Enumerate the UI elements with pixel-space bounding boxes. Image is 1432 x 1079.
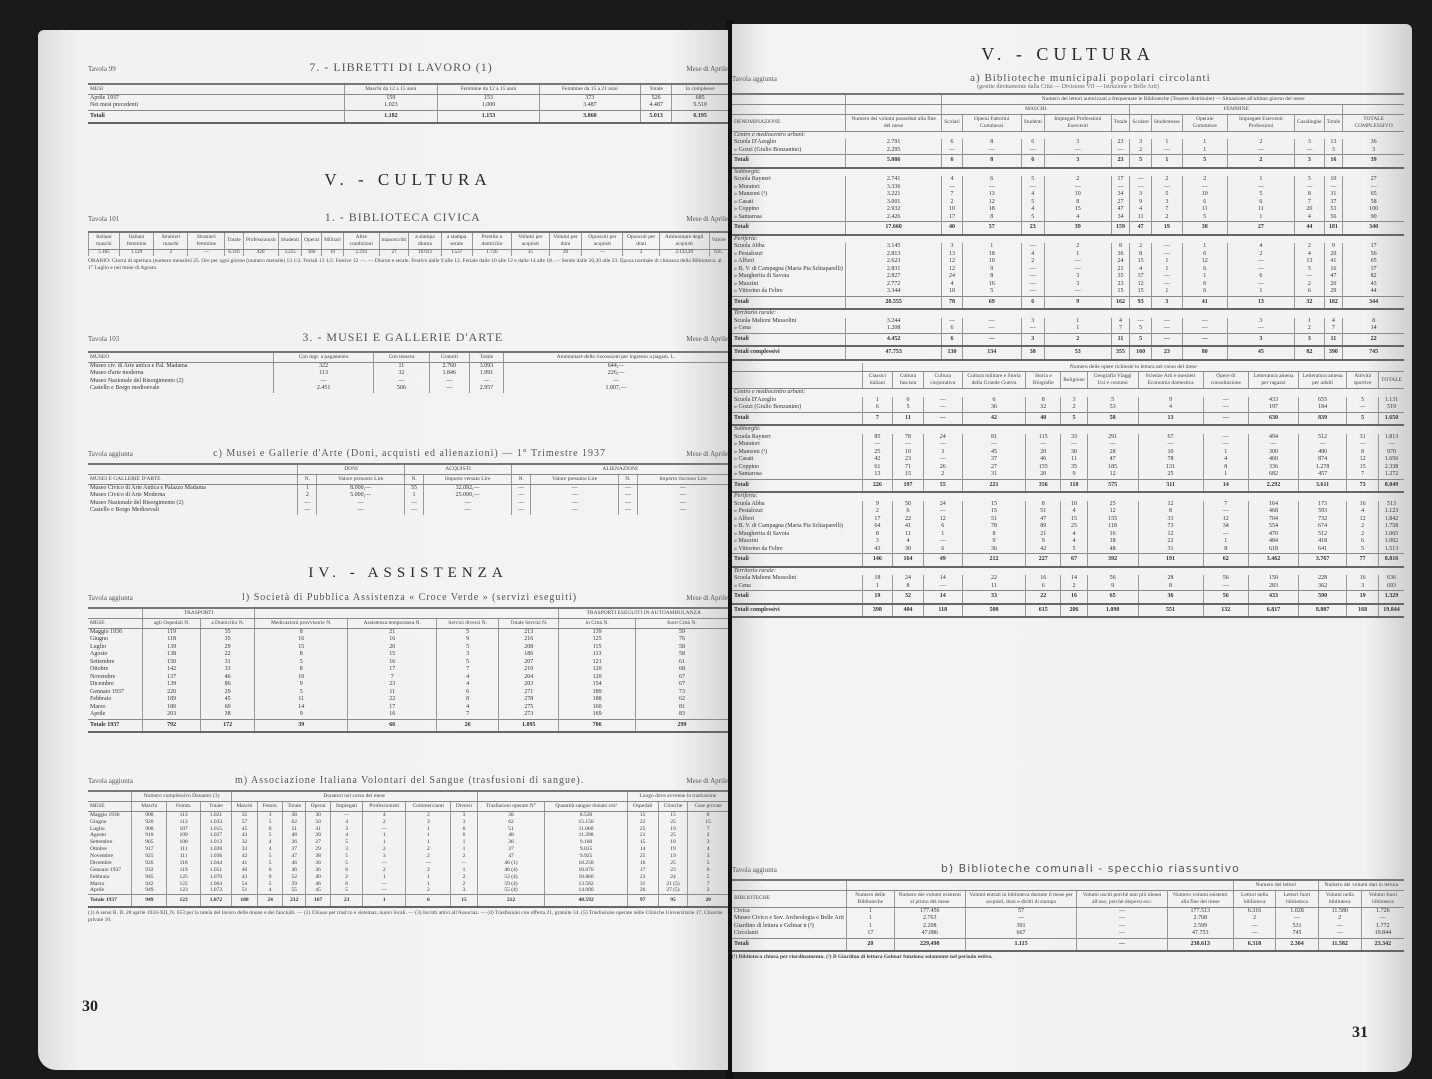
- table-cell: Circolanti: [732, 930, 846, 938]
- table-cell: —: [1061, 441, 1087, 449]
- table-cell: 392: [1087, 554, 1138, 567]
- table-cell: 9: [1130, 199, 1152, 207]
- table-cell: —: [1318, 923, 1361, 931]
- table-cell: 11: [1061, 456, 1087, 464]
- table-cell: Museo Civico di Arte Antica e Palazzo Ma…: [88, 484, 298, 492]
- table-subtitle: (gestite direttamente dalla Città — Divi…: [732, 84, 1404, 90]
- table-cell: Aprile: [88, 887, 132, 894]
- col-header: Volumi per acquisti: [512, 232, 550, 249]
- table-cell: 1.028: [201, 846, 232, 853]
- table-cell: » Coppino: [732, 206, 845, 214]
- table-cell: 5.013: [641, 110, 672, 123]
- table-cell: —: [1203, 404, 1249, 412]
- col-header: Volumi entrati in biblioteca durante il …: [965, 890, 1077, 907]
- table-row: Dicembre9261181.04441546365———46 (1)10.2…: [88, 860, 728, 867]
- table-cell: 31: [201, 659, 255, 667]
- table-cell: 1: [862, 583, 893, 591]
- table-cell: 945: [132, 874, 167, 881]
- table-cell: 121: [559, 659, 635, 667]
- table-cell: —: [618, 507, 637, 515]
- table-cell: 47: [1087, 456, 1138, 464]
- col-header: Lettori nella biblioteca: [1233, 890, 1275, 907]
- table-cell: 3: [688, 853, 728, 860]
- table-cell: 3: [437, 651, 499, 659]
- table-cell: 31: [1138, 546, 1203, 554]
- table-cell: 4: [1130, 266, 1152, 274]
- table-cell: 6: [1021, 155, 1044, 168]
- table-cell: 21: [348, 628, 437, 636]
- table-cell: 26: [923, 464, 962, 472]
- table-cell: 42: [1026, 546, 1061, 554]
- table-cell: 204: [499, 674, 559, 682]
- table-cell: —: [1324, 184, 1343, 192]
- table-cell: 3: [942, 243, 963, 251]
- table-cell: 8: [255, 628, 348, 636]
- table-libretti-lavoro: Tavola 997. - LIBRETTI DI LAVORO (1)Mese…: [88, 60, 728, 124]
- table-cell: —: [1077, 938, 1167, 951]
- table-cell: 83: [635, 711, 728, 719]
- col-header: Opere di consultazione: [1203, 372, 1249, 389]
- table-cell: 48: [283, 832, 306, 839]
- table-title: 7. - LIBRETTI DI LAVORO (1): [116, 60, 687, 75]
- table-cell: 16: [1324, 155, 1343, 168]
- table-cell: 3: [363, 853, 406, 860]
- group-label: Sobborghi:: [732, 168, 1404, 177]
- table-cell: 1.842: [1379, 516, 1404, 524]
- table-cell: 155: [1026, 464, 1061, 472]
- table-cell: 55 (4): [477, 887, 545, 894]
- table-cell: 9.015: [545, 846, 627, 853]
- table-row: Giugno118351616921612576: [88, 636, 728, 644]
- table-cell: 51: [1026, 508, 1061, 516]
- table-cell: 203: [143, 711, 201, 719]
- table-cell: 3.487: [539, 102, 640, 110]
- table-cell: Totale 1937: [88, 895, 132, 907]
- table-cell: 4: [1295, 214, 1324, 222]
- table-cell: 65: [1343, 191, 1404, 199]
- table-cell: 6.817: [1249, 604, 1299, 618]
- table-cell: Civica: [732, 907, 846, 915]
- table-cell: 16: [255, 636, 348, 644]
- table-cell: 18: [962, 251, 1021, 259]
- table-cell: 93: [1130, 296, 1152, 309]
- table-cell: 61: [635, 659, 728, 667]
- table-cell: 172: [201, 719, 255, 732]
- table-cell: 519: [1379, 404, 1404, 412]
- table-cell: 13: [962, 191, 1021, 199]
- table-cell: 82: [1295, 346, 1324, 360]
- table-cell: 177.513: [1167, 907, 1233, 915]
- table-cell: Ottobre: [88, 666, 143, 674]
- table-cell: 356: [1026, 479, 1061, 492]
- table-cell: 18: [962, 206, 1021, 214]
- table-cell: 554: [1249, 523, 1299, 531]
- table-cell: 2.208: [894, 923, 965, 931]
- table-cell: 3: [1343, 147, 1404, 155]
- col-header: Altre condizioni: [343, 232, 379, 249]
- table-cell: 2.426: [845, 214, 941, 222]
- col-header: Totale: [225, 232, 244, 249]
- table-cell: 67: [1138, 434, 1203, 442]
- table-cell: 12: [942, 258, 963, 266]
- table-cell: 1.123: [1379, 508, 1404, 516]
- table-row: Maggio 19369081131.0213533830—423388.530…: [88, 811, 728, 818]
- table-cell: 4: [330, 819, 362, 826]
- table-cell: 283: [1249, 583, 1299, 591]
- table-musei-doni: Tavola aggiuntac) Musei e Gallerie d'Art…: [88, 448, 728, 515]
- table-cell: 20: [688, 895, 728, 907]
- table-cell: —: [1318, 930, 1361, 938]
- table-cell: 2: [688, 832, 728, 839]
- band-header: Numero delle opere richieste in lettura …: [862, 363, 1404, 372]
- col-header: Impiegate Esercenti Professioni: [1227, 114, 1294, 131]
- table-cell: 6: [1347, 538, 1379, 546]
- table-cell: 15.150: [545, 819, 627, 826]
- table-cell: 30: [1061, 449, 1087, 457]
- table-cell: —: [424, 500, 512, 508]
- table-cell: 11: [348, 689, 437, 697]
- table-cell: —: [1130, 318, 1152, 326]
- page-number: 31: [1352, 1024, 1368, 1042]
- table-cell: —: [923, 456, 962, 464]
- table-cell: 5: [1295, 176, 1324, 184]
- table-cell: 19: [658, 846, 688, 853]
- col-header: Studenti: [1021, 114, 1044, 131]
- table-cell: 12: [1087, 471, 1138, 479]
- table-cell: 113: [167, 819, 201, 826]
- col-header: In complesso: [672, 84, 728, 94]
- table-cell: —: [1151, 273, 1182, 281]
- table-cell: 53: [1044, 346, 1111, 360]
- table-cell: 90: [1343, 214, 1404, 222]
- table-cell: 5: [893, 404, 923, 412]
- table-cell: 62: [1203, 554, 1249, 567]
- table-cell: 3.093: [469, 362, 503, 370]
- table-cell: 230.613: [1167, 938, 1233, 951]
- grand-total-row: Totali complessivi47.7531301343853355160…: [732, 346, 1404, 360]
- table-cell: 4: [1021, 191, 1044, 199]
- table-cell: » Coppino: [732, 464, 862, 472]
- table-cell: 3: [862, 538, 893, 546]
- table-cell: 16: [627, 860, 658, 867]
- table-cell: —: [1203, 441, 1249, 449]
- table-cell: 732: [1298, 516, 1346, 524]
- col-header: Cultura militare e Storia della Grande G…: [962, 372, 1026, 389]
- table-cell: 8: [962, 273, 1021, 281]
- table-cell: 155: [1087, 516, 1138, 524]
- table-cell: 3.221: [845, 191, 941, 199]
- table-cell: 792: [143, 719, 201, 732]
- table-cell: —: [512, 484, 531, 492]
- table-cell: 62: [283, 819, 306, 826]
- table-cell: 8: [1026, 397, 1061, 405]
- table-cell: 508: [962, 604, 1026, 618]
- table-cell: 18: [658, 839, 688, 846]
- table-row: Museo d'arte moderna113321.8461.991226,—: [88, 370, 728, 378]
- table-cell: 22: [893, 516, 923, 524]
- col-header: Quantità sangue donato cm³: [545, 801, 627, 811]
- table-cell: 216: [499, 636, 559, 644]
- table-cell: 839: [1298, 412, 1346, 425]
- table-cell: 5: [258, 860, 283, 867]
- table-cell: 398: [862, 604, 893, 618]
- table-cell: 97: [627, 895, 658, 907]
- table-cell: 113: [167, 811, 201, 818]
- table-cell: 636: [1379, 575, 1404, 583]
- table-cell: 278: [499, 696, 559, 704]
- table-cell: 2.234: [343, 249, 379, 256]
- table-cell: 38: [1182, 222, 1227, 235]
- table-row: Scuola Abba95024158102512716417316513: [732, 501, 1404, 509]
- table-cell: Gennaio 1937: [88, 867, 132, 874]
- table-cell: 23: [1111, 281, 1130, 289]
- col-header: Maschi: [231, 801, 257, 811]
- total-row: Totali20229,4981.115—230.6136.3182.30411…: [732, 938, 1404, 951]
- table-cell: 34: [1203, 523, 1249, 531]
- col-header: Operai: [306, 801, 331, 811]
- table-cell: 2: [406, 846, 451, 853]
- table-cell: 24: [658, 874, 688, 881]
- table-cell: 942: [132, 881, 167, 888]
- table-cell: Maggio 1936: [88, 628, 143, 636]
- table-cell: —: [923, 412, 962, 425]
- table-cell: 81: [635, 704, 728, 712]
- col-header: Totale Servizi N.: [499, 618, 559, 628]
- table-cell: Totali: [732, 296, 845, 309]
- table-cell: 3: [1151, 296, 1182, 309]
- table-cell: Dicembre: [88, 860, 132, 867]
- table-cell: Scuola Rayneri: [732, 176, 845, 184]
- col-header: Stranieri femmine: [188, 232, 225, 249]
- table-cell: 11: [893, 412, 923, 425]
- table-cell: 9: [1087, 583, 1138, 591]
- table-cell: —: [582, 249, 623, 256]
- table-cell: 10.258: [545, 860, 627, 867]
- table-cell: 2.338: [1379, 464, 1404, 472]
- table-cell: 47: [1324, 273, 1343, 281]
- table-cell: —: [1077, 930, 1167, 938]
- table-cell: 188: [559, 696, 635, 704]
- table-cell: 1.278: [1298, 464, 1346, 472]
- table-cell: 51: [477, 826, 545, 833]
- table-cell: 229,498: [894, 938, 965, 951]
- table-row: » Gozzi (Giulio Bonzanino)65—36322534—19…: [732, 404, 1404, 412]
- table-cell: 433: [1249, 591, 1299, 604]
- table-cell: 5: [1347, 397, 1379, 405]
- table-cell: 13: [1227, 296, 1294, 309]
- table-cell: 3.255: [278, 249, 301, 256]
- table-cell: 22: [348, 696, 437, 704]
- band-header: Numero dei lettori autorizzati a frequen…: [942, 94, 1404, 104]
- table-cell: 5: [1130, 333, 1152, 346]
- table-cell: 108: [167, 839, 201, 846]
- table-cell: 5: [962, 288, 1021, 296]
- table-cell: 203: [499, 681, 559, 689]
- table-cell: 49: [923, 554, 962, 567]
- table-cell: 344: [1343, 296, 1404, 309]
- table-cell: Settembre: [88, 659, 143, 667]
- table-cell: 16: [962, 281, 1021, 289]
- table-cell: 22: [1343, 333, 1404, 346]
- table-cell: 59: [635, 628, 728, 636]
- table-cell: 10: [942, 206, 963, 214]
- table-cell: —: [1295, 273, 1324, 281]
- col-header: Trasfusioni operate N°: [477, 801, 545, 811]
- table-biblioteche-popolari: Tavola aggiuntaa) Biblioteche municipali…: [732, 72, 1404, 618]
- table-cell: 25: [658, 860, 688, 867]
- table-cell: 25: [658, 832, 688, 839]
- table-cell: 12: [962, 199, 1021, 207]
- table-cell: 62: [477, 819, 545, 826]
- group-header: Numero dei lettori: [1233, 880, 1318, 890]
- table-cell: 20: [549, 249, 582, 256]
- col-header: Letteratura amena per adulti: [1298, 372, 1346, 389]
- table-cell: 8: [893, 583, 923, 591]
- col-header: Classici italiani: [862, 372, 893, 389]
- table-row: Gennaio 193722029511627118973: [88, 689, 728, 697]
- table-row: Museo Civico di Arte Moderna25.000,—125.…: [88, 492, 728, 500]
- table-cell: » Muratori: [732, 184, 845, 192]
- table-cell: 21: [627, 832, 658, 839]
- table-cell: 109: [167, 832, 201, 839]
- table-cell: 58: [1087, 412, 1138, 425]
- table-cell: 13: [1138, 412, 1203, 425]
- table-row: » Pestalozzi26—15514128—46859341.123: [732, 508, 1404, 516]
- table-cell: » Margherita di Savoia: [732, 273, 845, 281]
- table-cell: 2: [330, 874, 362, 881]
- table-number: Tavola aggiunta: [88, 450, 133, 458]
- table-cell: 1: [1182, 243, 1227, 251]
- table-cell: —: [451, 860, 477, 867]
- table-cell: —: [1249, 441, 1299, 449]
- table-cell: 182: [1324, 296, 1343, 309]
- table-cell: —: [363, 887, 406, 894]
- table-cell: 12: [1138, 531, 1203, 539]
- table-row: Scuola Abba3.14531—282—142917: [732, 243, 1404, 251]
- table-cell: 27: [962, 464, 1026, 472]
- table-cell: 42: [231, 853, 257, 860]
- table-cell: 37: [283, 846, 306, 853]
- table-cell: 6: [1182, 251, 1227, 259]
- table-cell: —: [962, 333, 1021, 346]
- table-cell: 2: [451, 874, 477, 881]
- table-cell: 3: [1151, 199, 1182, 207]
- table-cell: —: [1151, 318, 1182, 326]
- table-cell: —: [404, 500, 423, 508]
- total-row: Totali1461644921222767392191623.4623.767…: [732, 554, 1404, 567]
- col-header: Professionisti: [363, 801, 406, 811]
- table-cell: 4.487: [641, 102, 672, 110]
- table-cell: 19: [658, 853, 688, 860]
- table-cell: » Gozzi (Giulio Bonzanino): [732, 147, 845, 155]
- table-cell: 2: [451, 881, 477, 888]
- table-cell: 5: [688, 874, 728, 881]
- table-cell: 36: [1138, 591, 1203, 604]
- table-cell: 47.086: [894, 930, 965, 938]
- table-cell: 4: [258, 846, 283, 853]
- table-cell: Totali: [732, 222, 845, 235]
- table-cell: 531: [1276, 923, 1318, 931]
- table-cell: 11: [1130, 214, 1152, 222]
- table-cell: 2: [406, 853, 451, 860]
- left-page: Tavola 997. - LIBRETTI DI LAVORO (1)Mese…: [38, 30, 728, 1070]
- table-cell: 1: [1044, 318, 1111, 326]
- table-cell: 65: [1343, 258, 1404, 266]
- table-cell: —: [1227, 184, 1294, 192]
- table-cell: 8: [962, 531, 1026, 539]
- table-cell: 33: [1138, 516, 1203, 524]
- table-row: Museo Nazionale del Risorgimento (2)————…: [88, 500, 728, 508]
- table-cell: 35: [512, 249, 550, 256]
- table-cell: 5: [437, 644, 499, 652]
- table-cell: 2.623: [845, 258, 941, 266]
- group-label: Sobborghi:: [732, 425, 1404, 434]
- table-cell: 8: [862, 531, 893, 539]
- col-header: Studenti: [278, 232, 301, 249]
- table-cell: 45: [306, 887, 331, 894]
- col-header: [732, 372, 862, 389]
- table-cell: 46 (1): [477, 860, 545, 867]
- table-cell: 15: [1130, 258, 1152, 266]
- table-cell: 42: [862, 456, 893, 464]
- table-cell: 25: [1138, 471, 1203, 479]
- table-cell: 32.092,—: [424, 484, 512, 492]
- col-header: a stampa diurna: [409, 232, 441, 249]
- table-cell: 5: [1182, 214, 1227, 222]
- table-cell: 16: [348, 711, 437, 719]
- table-cell: 20: [1324, 281, 1343, 289]
- col-header: TOTALE: [1379, 372, 1404, 389]
- table-cell: 8: [962, 139, 1021, 147]
- table-cell: 12: [1182, 258, 1227, 266]
- table-cell: 19: [862, 591, 893, 604]
- table-cell: 2.304: [1276, 938, 1318, 951]
- table-row: Scuola Rayneri857824811153329167—4945123…: [732, 434, 1404, 442]
- table-cell: —: [618, 484, 637, 492]
- table-cell: 9: [1026, 538, 1061, 546]
- table-cell: 949: [132, 887, 167, 894]
- table-cell: 300: [1249, 449, 1299, 457]
- table-cell: 14: [1061, 575, 1087, 583]
- table-cell: 19: [658, 826, 688, 833]
- table-cell: 5: [1347, 412, 1379, 425]
- table-cell: 5: [1061, 412, 1087, 425]
- table-cell: 1: [1151, 288, 1182, 296]
- table-cell: 118: [1061, 479, 1087, 492]
- table-cell: Scuola Rayneri: [732, 434, 862, 442]
- table-cell: 1: [406, 881, 451, 888]
- table-cell: 2: [1061, 404, 1087, 412]
- table-cell: —: [1182, 184, 1227, 192]
- col-header: a Domicilio N.: [201, 618, 255, 628]
- table-row: » Gozzi (Giulio Bonzanino)2.295—————2—1—…: [732, 147, 1404, 155]
- table-cell: 44: [1343, 288, 1404, 296]
- table-cell: —: [1295, 147, 1324, 155]
- table-cell: 1: [1227, 214, 1294, 222]
- table-cell: —: [1021, 325, 1044, 333]
- table-cell: —: [1379, 441, 1404, 449]
- table-cell: 10: [1182, 191, 1227, 199]
- table-cell: 4: [1111, 318, 1130, 326]
- table-cell: 2: [1182, 176, 1227, 184]
- table-cell: 208: [499, 644, 559, 652]
- table-cell: 2.599: [1167, 923, 1233, 931]
- table-cell: 6: [923, 523, 962, 531]
- table-cell: 35: [201, 636, 255, 644]
- table-row: » Mazzini34—9941822148441861.002: [732, 538, 1404, 546]
- table-cell: 3: [1227, 318, 1294, 326]
- table-cell: 2.932: [845, 206, 941, 214]
